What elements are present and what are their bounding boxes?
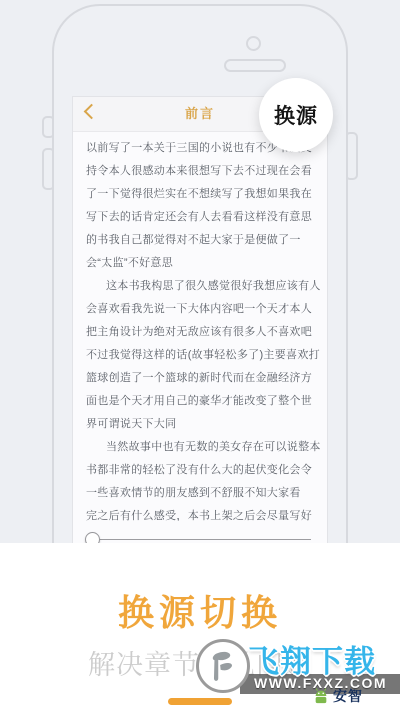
text-line: 持令本人很感动本来很想写下去不过现在会看	[86, 160, 314, 183]
watermark-site-name: 飞翔下载	[248, 636, 376, 681]
slider-knob[interactable]	[85, 532, 100, 543]
reading-progress-slider[interactable]	[73, 532, 327, 543]
text-line: 会“太监”不好意思	[86, 252, 314, 275]
slider-track[interactable]	[89, 539, 311, 540]
change-source-button[interactable]: 换源	[259, 78, 333, 152]
reading-text: 以前写了一本关于三国的小说也有不少书友支持令本人很感动本来很想写下去不过现在会看…	[73, 132, 327, 521]
change-source-label: 换源	[274, 100, 318, 130]
store-badge: 安智	[312, 686, 363, 706]
promo-title: 换源切换	[0, 585, 400, 636]
text-line: 一些喜欢情节的朋友感到不舒服不知大家看	[86, 482, 314, 505]
text-line: 会喜欢看我先说一下大体内容吧一个天才本人	[86, 298, 314, 321]
text-line: 写下去的话肯定还会有人去看看这样没有意思	[86, 206, 314, 229]
text-line: 了一下觉得很烂实在不想续写了我想如果我在	[86, 183, 314, 206]
text-line: 界可谓说天下大同	[86, 413, 314, 436]
front-camera-icon	[246, 36, 261, 51]
text-line: 不过我觉得这样的话(故事轻松多了)主要喜欢打	[86, 344, 314, 367]
text-line: 这本书我构思了很久感觉很好我想应该有人	[86, 275, 314, 298]
phone-mockup-scene: 前言 以前写了一本关于三国的小说也有不少书友支持令本人很感动本来很想写下去不过现…	[0, 0, 400, 543]
text-line: 把主角设计为绝对无敌应该有很多人不喜欢吧	[86, 321, 314, 344]
text-line: 的书我自己都觉得对不起大家于是便做了一	[86, 229, 314, 252]
text-line: 当然故事中也有无数的美女存在可以说整本	[86, 436, 314, 459]
earpiece-speaker	[224, 59, 286, 72]
bird-glyph-icon	[204, 647, 242, 685]
fxxz-logo-icon	[196, 639, 250, 693]
text-line: 完之后有什么感受，本书上架之后会尽量写好	[86, 505, 314, 521]
android-robot-icon	[312, 688, 330, 704]
site-watermark: WWW.FXXZ.COM 飞翔下载	[196, 636, 400, 710]
store-badge-label: 安智	[333, 686, 363, 706]
text-line: 篮球创造了一个篮球的新时代而在金融经济方	[86, 367, 314, 390]
text-line: 书都非常的轻松了没有什么大的起伏变化会令	[86, 459, 314, 482]
text-line: 面也是个天才用自己的豪华才能改变了整个世	[86, 390, 314, 413]
reader-panel: 前言 以前写了一本关于三国的小说也有不少书友支持令本人很感动本来很想写下去不过现…	[72, 96, 328, 543]
